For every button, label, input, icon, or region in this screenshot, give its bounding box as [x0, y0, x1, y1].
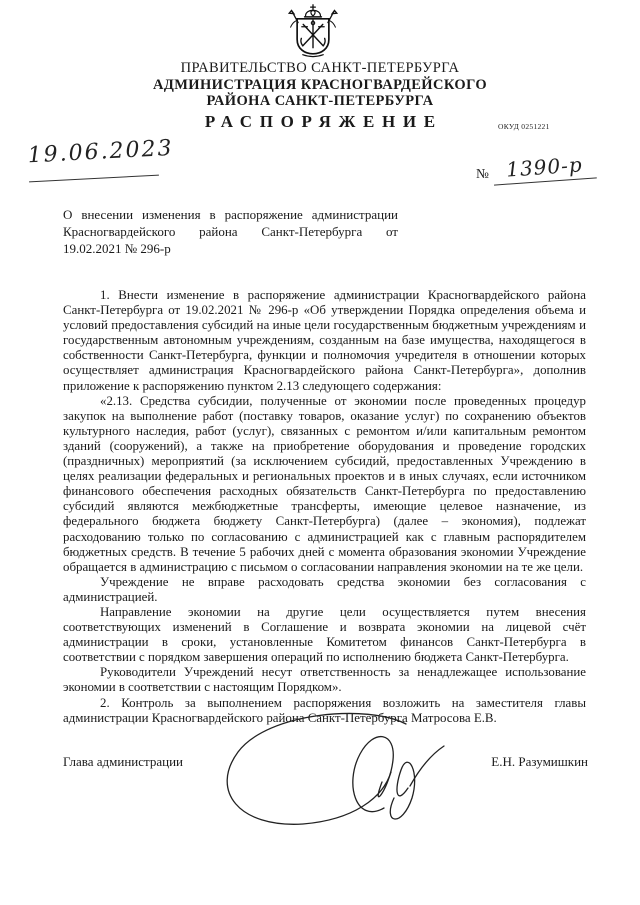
- document-number: № 1390-р: [476, 152, 596, 182]
- document-subject: О внесении изменения в распоряжение адми…: [63, 206, 398, 257]
- administration-title-line2: РАЙОНА САНКТ-ПЕТЕРБУРГА: [0, 93, 640, 110]
- signature-flourish: [198, 710, 448, 838]
- okud-code: ОКУД 0251221: [498, 122, 550, 131]
- body-paragraph-4: Направление экономии на другие цели осущ…: [63, 605, 586, 665]
- body-paragraph-2: «2.13. Средства субсидии, полученные от …: [63, 394, 586, 575]
- body-paragraph-1: 1. Внести изменение в распоряжение админ…: [63, 288, 586, 394]
- body-paragraph-3: Учреждение не вправе расходовать средств…: [63, 575, 586, 605]
- number-sign-label: №: [476, 166, 493, 182]
- coat-of-arms-icon: [284, 2, 342, 58]
- administration-title-line1: АДМИНИСТРАЦИЯ КРАСНОГВАРДЕЙСКОГО: [0, 77, 640, 94]
- body-paragraph-5: Руководители Учреждений несут ответствен…: [63, 665, 586, 695]
- government-title: ПРАВИТЕЛЬСТВО САНКТ-ПЕТЕРБУРГА: [0, 60, 640, 77]
- handwritten-number: 1390-р: [492, 151, 597, 185]
- document-page: ПРАВИТЕЛЬСТВО САНКТ-ПЕТЕРБУРГА АДМИНИСТР…: [0, 0, 640, 905]
- handwritten-date: 19.06.2023: [27, 137, 159, 183]
- signer-name: Е.Н. Разумишкин: [0, 754, 588, 770]
- document-body: 1. Внести изменение в распоряжение админ…: [63, 288, 586, 726]
